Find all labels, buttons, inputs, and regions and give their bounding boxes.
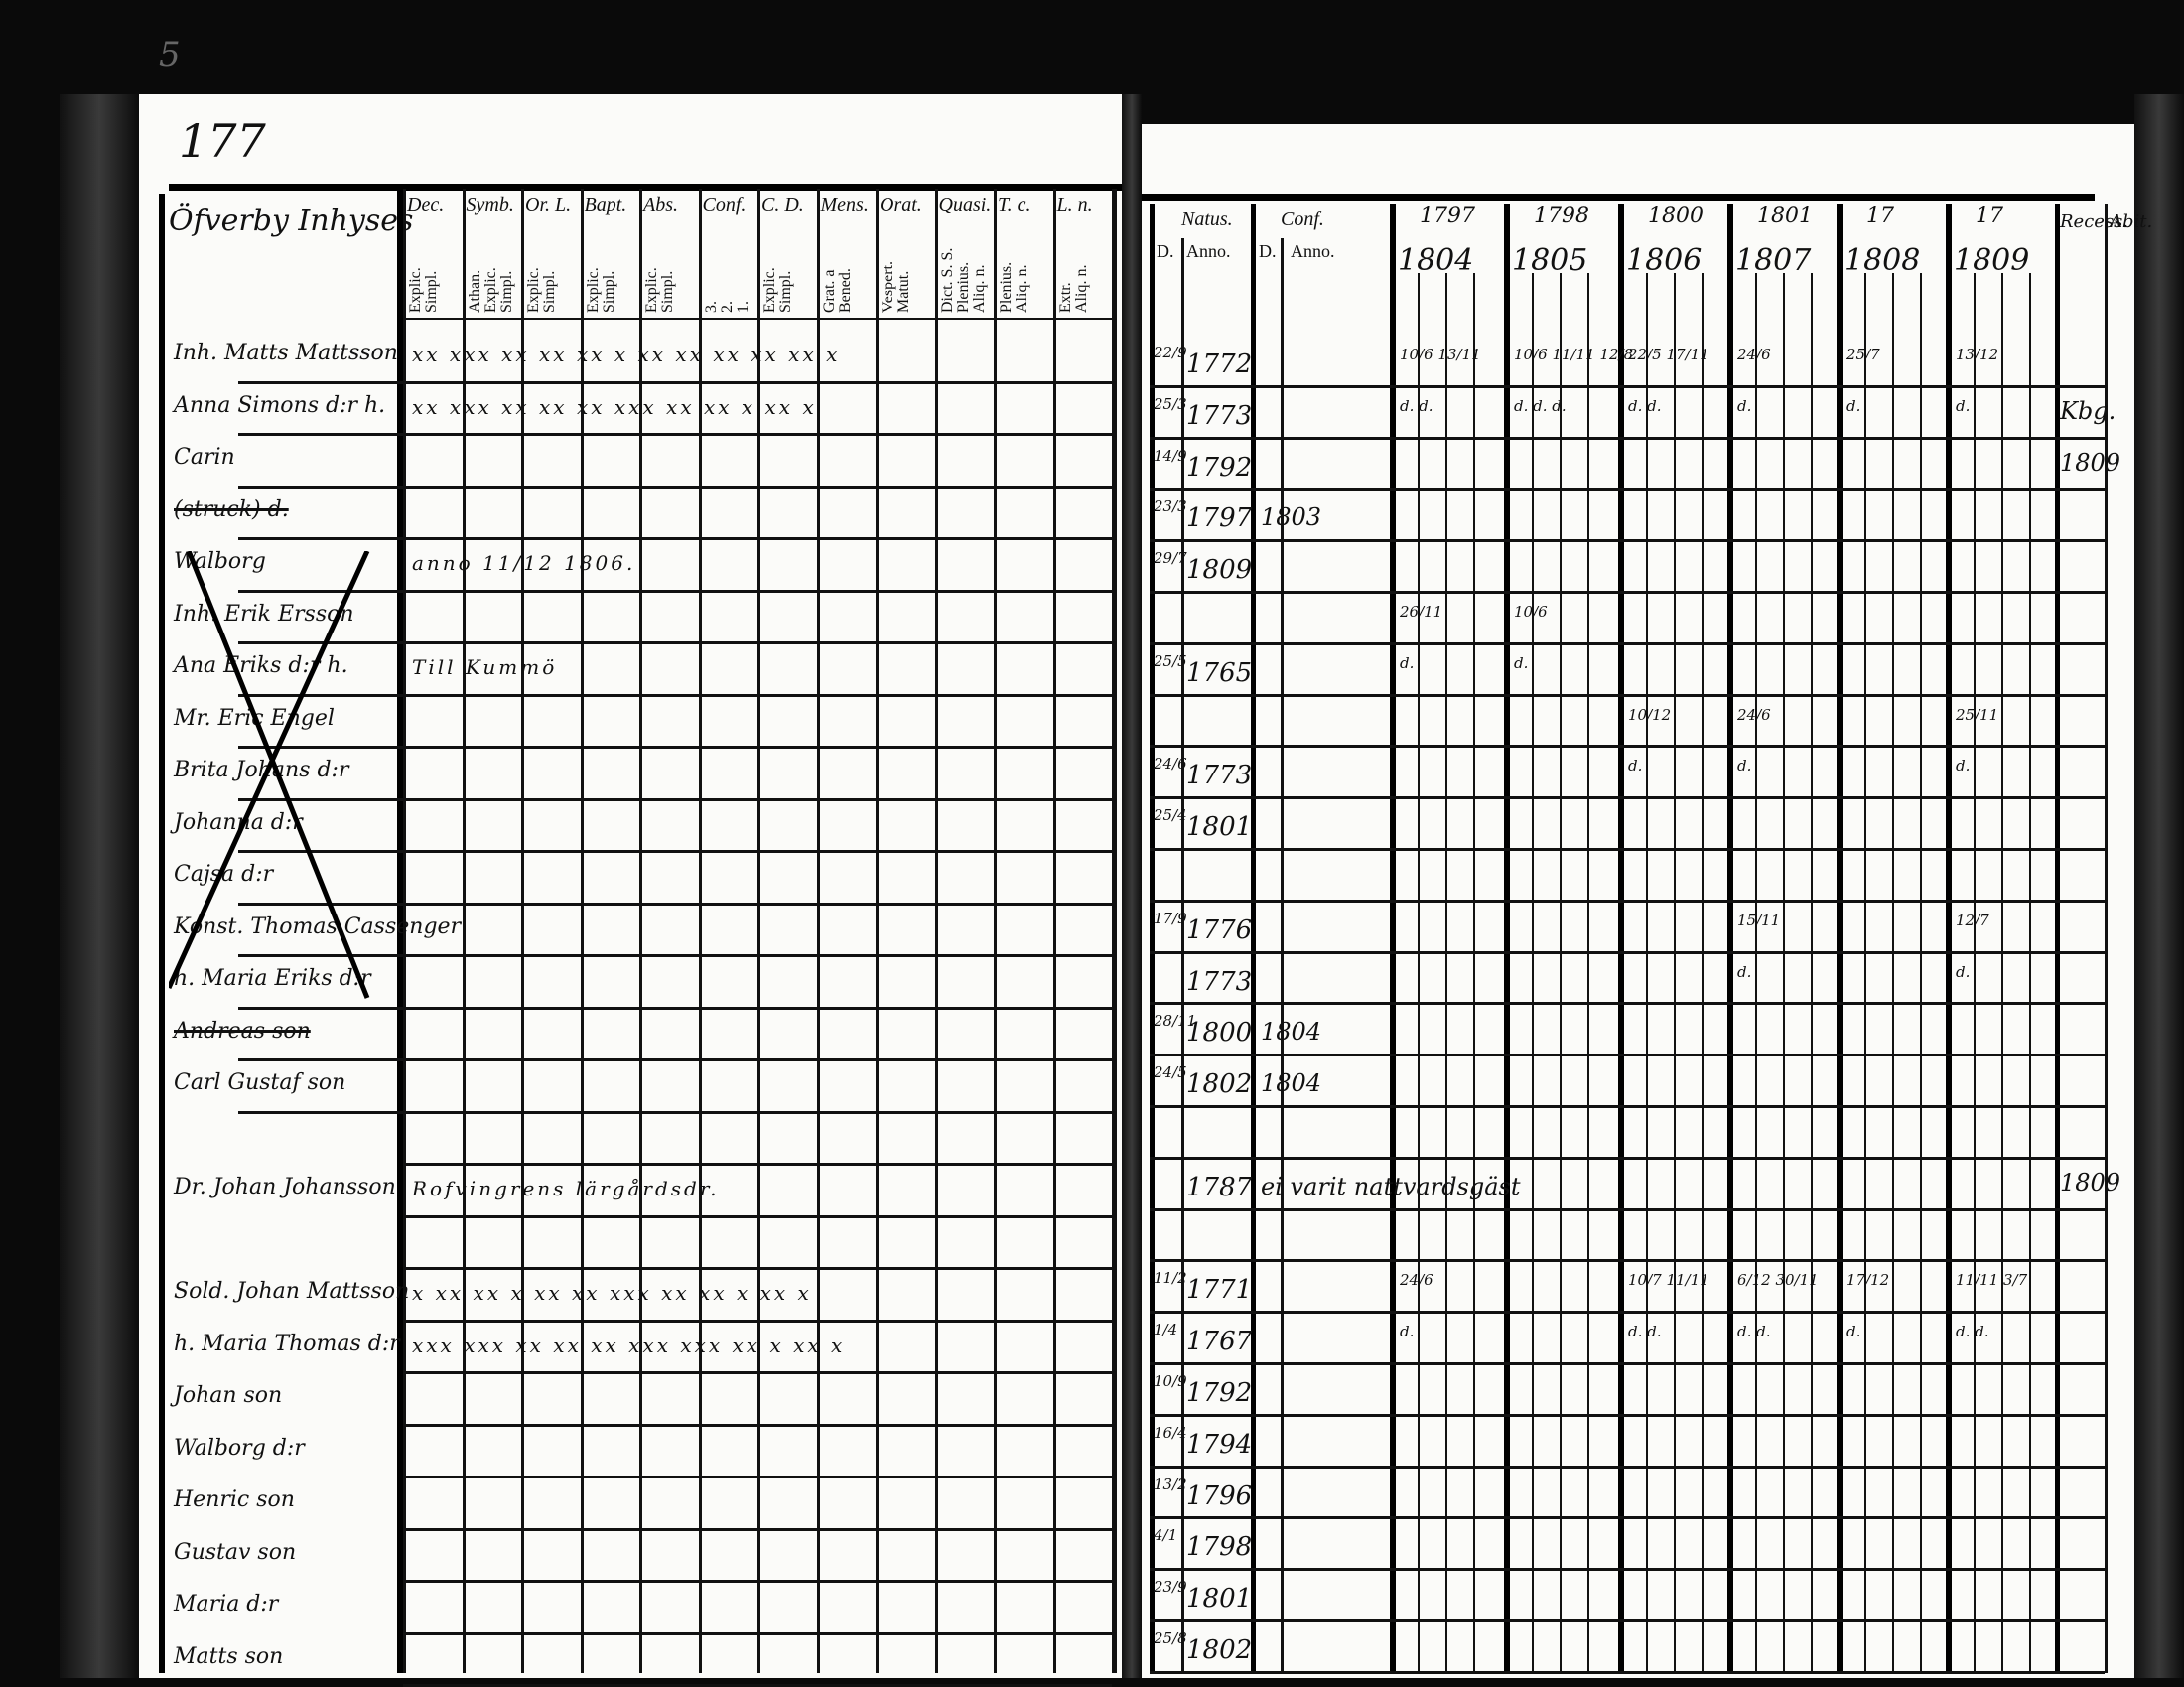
row-line xyxy=(238,433,1112,436)
corner-mark: 5 xyxy=(159,35,181,74)
header-top-rule xyxy=(169,184,1122,191)
column-group-header: Symb. xyxy=(467,194,514,216)
confirmation: 1804 xyxy=(1261,1018,1321,1046)
year-column-line xyxy=(1618,204,1624,1673)
person-name: (struck) d. xyxy=(174,497,289,522)
column-group-header: Quasi. xyxy=(939,194,992,216)
year-column-line xyxy=(1946,204,1952,1673)
birth-year: 1809 xyxy=(1186,555,1252,585)
exam-year-written: 1806 xyxy=(1626,243,1702,278)
year-subcolumn-line xyxy=(1811,273,1813,1673)
column-line xyxy=(935,189,938,1673)
birth-day: 4/1 xyxy=(1154,1526,1177,1544)
person-name: Gustav son xyxy=(174,1540,296,1565)
birth-year: 1792 xyxy=(1186,1378,1252,1408)
catechism-marks: Rofvingrens lärgårdsdr. xyxy=(412,1177,720,1200)
column-group-header: Or. L. xyxy=(525,194,571,216)
birth-day: 16/4 xyxy=(1154,1424,1187,1442)
person-name: Carl Gustaf son xyxy=(174,1070,345,1095)
birth-day: 1/4 xyxy=(1154,1321,1177,1338)
row-line xyxy=(1150,1105,2105,1108)
year-subcolumn-line xyxy=(1646,273,1648,1673)
column-sub-header: 1. xyxy=(737,228,751,313)
year-subcolumn-line xyxy=(1560,273,1562,1673)
column-sub-header: Plenius. xyxy=(957,228,971,313)
exam-record: 6/12 30/11 xyxy=(1737,1271,1819,1289)
year-subcolumn-line xyxy=(1864,273,1866,1673)
birth-year: 1802 xyxy=(1186,1069,1252,1099)
column-sub-header: Simpl. xyxy=(543,228,557,313)
year-subcolumn-line xyxy=(1418,273,1420,1673)
birth-year: 1801 xyxy=(1186,812,1252,842)
exam-record: d. d. xyxy=(1628,397,1662,415)
column-line xyxy=(817,189,820,1673)
row-line xyxy=(1150,437,2105,440)
column-sub-header: Dict. S. S. xyxy=(941,228,955,313)
exam-record: d. xyxy=(1737,397,1751,415)
column-sub-header: Simpl. xyxy=(425,228,439,313)
catechism-marks: xx xxx xx xx xx xxx xx xx x xx x xyxy=(412,395,817,419)
birth-day: 25/3 xyxy=(1154,395,1187,413)
row-line xyxy=(403,1632,1112,1635)
row-line xyxy=(403,1476,1112,1478)
birth-day: 29/7 xyxy=(1154,549,1187,567)
year-column-line xyxy=(1727,204,1733,1673)
exam-record: 10/6 11/11 12/8 xyxy=(1514,346,1633,363)
birth-year: 1765 xyxy=(1186,658,1252,688)
column-group-header: Conf. xyxy=(703,194,747,216)
catechism-marks: xx xxx xx xx xx x xx xx xx xx xx x xyxy=(412,343,840,366)
birth-year: 1767 xyxy=(1186,1327,1252,1356)
column-line xyxy=(1053,189,1056,1673)
column-sub-header: Aliq. n. xyxy=(973,228,987,313)
exam-year-written: 1805 xyxy=(1512,243,1587,278)
column-sub-header: Extr. xyxy=(1059,228,1073,313)
row-line xyxy=(238,486,1112,489)
row-line xyxy=(403,1163,1112,1166)
abit-header: Abit. xyxy=(2110,211,2152,232)
row-line xyxy=(1150,1414,2105,1417)
column-group-header: Mens. xyxy=(821,194,869,216)
conf-day-line xyxy=(1281,238,1284,1673)
exam-record: 22/5 17/11 xyxy=(1628,346,1709,363)
birth-day: 23/3 xyxy=(1154,497,1187,515)
birth-year: 1771 xyxy=(1186,1275,1252,1305)
birth-year: 1792 xyxy=(1186,453,1252,483)
exam-year-written: 1808 xyxy=(1844,243,1920,278)
row-line xyxy=(238,1111,1112,1114)
person-name: Walborg d:r xyxy=(174,1436,305,1461)
birth-day: 25/8 xyxy=(1154,1629,1187,1647)
exam-record: 11/11 3/7 xyxy=(1956,1271,2027,1289)
column-sub-header: Explic. xyxy=(763,228,777,313)
year-subcolumn-line xyxy=(1587,273,1589,1673)
exam-record: 24/6 xyxy=(1737,706,1771,724)
exam-record: 15/11 xyxy=(1737,912,1780,929)
catechism-marks: xxx xxx xx xx xx xxx xxx xx x xx x xyxy=(412,1334,845,1357)
exam-record: 25/11 xyxy=(1956,706,1998,724)
person-name: Sold. Johan Mattsson xyxy=(174,1279,409,1304)
column-sub-header: Explic. xyxy=(527,228,541,313)
exam-record: 17/12 xyxy=(1846,1271,1889,1289)
birth-day: 25/4 xyxy=(1154,806,1187,824)
birth-year: 1787 xyxy=(1186,1173,1252,1202)
row-line xyxy=(1150,1466,2105,1469)
column-group-header: Abs. xyxy=(643,194,678,216)
column-sub-header: Explic. xyxy=(409,228,423,313)
column-group-header: Orat. xyxy=(880,194,922,216)
header-top-rule xyxy=(1142,194,2095,201)
row-line xyxy=(1150,591,2105,594)
birth-year: 1773 xyxy=(1186,761,1252,790)
row-line xyxy=(403,1371,1112,1374)
exam-record: 10/12 xyxy=(1628,706,1671,724)
year-subcolumn-line xyxy=(1674,273,1676,1673)
birth-day: 23/9 xyxy=(1154,1578,1187,1596)
year-subcolumn-line xyxy=(2029,273,2031,1673)
exam-record: d. xyxy=(1956,397,1970,415)
birth-day: 25/5 xyxy=(1154,652,1187,670)
birth-year: 1796 xyxy=(1186,1481,1252,1511)
row-line xyxy=(1150,1208,2105,1211)
exam-record: 25/7 xyxy=(1846,346,1880,363)
birth-year: 1773 xyxy=(1186,967,1252,997)
row-line xyxy=(403,1528,1112,1531)
page-number: 177 xyxy=(179,114,266,168)
year-subcolumn-line xyxy=(1920,273,1922,1673)
row-line xyxy=(1150,1311,2105,1314)
exam-record: d. d. xyxy=(1956,1323,1989,1340)
column-sub-header: Athan. xyxy=(469,228,482,313)
person-name: Andreas son xyxy=(174,1019,311,1044)
natus-year-header: Anno. xyxy=(1186,241,1231,262)
exam-year-written: 1809 xyxy=(1954,243,2029,278)
exam-record: d. xyxy=(1628,757,1642,774)
column-sub-header: Simpl. xyxy=(603,228,616,313)
row-line xyxy=(1150,1054,2105,1056)
birth-day: 10/9 xyxy=(1154,1372,1187,1390)
left-page: 177 Öfverby Inhyses Dec.Explic.Simpl.Sym… xyxy=(139,94,1122,1678)
column-line xyxy=(1112,189,1117,1673)
row-line xyxy=(1150,694,2105,697)
remark: Kbg. xyxy=(2060,397,2116,425)
year-subcolumn-line xyxy=(1532,273,1534,1673)
exam-record: d. xyxy=(1956,963,1970,981)
exam-record: d. xyxy=(1846,1323,1860,1340)
exam-year-printed: 1801 xyxy=(1757,204,1813,228)
year-subcolumn-line xyxy=(1445,273,1447,1673)
column-sub-header: 3. xyxy=(705,228,719,313)
exam-record: 24/6 xyxy=(1737,346,1771,363)
column-group-header: C. D. xyxy=(761,194,804,216)
year-subcolumn-line xyxy=(1974,273,1976,1673)
birth-year: 1776 xyxy=(1186,915,1252,945)
birth-day: 17/9 xyxy=(1154,910,1187,927)
row-line xyxy=(1150,1259,2105,1262)
row-line xyxy=(403,1215,1112,1218)
exam-year-printed: 17 xyxy=(1976,204,2003,228)
conf-header: Conf. xyxy=(1281,209,1324,231)
person-name: Anna Simons d:r h. xyxy=(174,393,385,418)
row-line xyxy=(1150,900,2105,903)
row-line xyxy=(238,381,1112,384)
catechism-marks: anno 11/12 1806. xyxy=(412,551,635,575)
birth-year: 1800 xyxy=(1186,1018,1252,1048)
center-gutter xyxy=(1122,94,1142,1678)
birth-year: 1801 xyxy=(1186,1584,1252,1614)
exam-record: d. xyxy=(1956,757,1970,774)
row-line xyxy=(1150,1568,2105,1571)
column-sub-header: Explic. xyxy=(587,228,601,313)
column-sub-header: Simpl. xyxy=(500,228,514,313)
exam-record: d. d. d. xyxy=(1514,397,1567,415)
row-line xyxy=(1150,796,2105,799)
left-frame xyxy=(159,194,165,1673)
column-sub-header: Aliq. n. xyxy=(1075,228,1089,313)
exam-record: 12/7 xyxy=(1956,912,1989,929)
row-line xyxy=(1150,1002,2105,1005)
row-line xyxy=(403,1267,1112,1270)
catechism-marks: Till Kummö xyxy=(412,655,557,679)
row-line xyxy=(403,1424,1112,1427)
row-line xyxy=(403,1580,1112,1583)
birth-year: 1797 xyxy=(1186,503,1252,533)
column-sub-header: Grat. a xyxy=(823,228,837,313)
person-name: Dr. Johan Johansson xyxy=(174,1175,396,1199)
remark: 1809 xyxy=(2060,1169,2120,1196)
conf-day-header: D. xyxy=(1259,241,1277,262)
row-line xyxy=(1150,642,2105,645)
row-line xyxy=(238,1058,1112,1061)
row-line xyxy=(1150,1516,2105,1519)
year-column-line xyxy=(1390,204,1396,1673)
exam-record: 10/6 13/11 xyxy=(1400,346,1481,363)
column-group-header: Bapt. xyxy=(585,194,627,216)
birth-year: 1798 xyxy=(1186,1532,1252,1562)
exam-record: 10/7 11/11 xyxy=(1628,1271,1709,1289)
exam-record: d. d. xyxy=(1628,1323,1662,1340)
column-group-header: Dec. xyxy=(407,194,444,216)
row-line xyxy=(1150,1619,2105,1622)
exam-year-printed: 1800 xyxy=(1648,204,1704,228)
catechism-marks: x xx xx x xx xx xxx xx xx x xx x xyxy=(412,1281,812,1305)
birth-day: 14/9 xyxy=(1154,447,1187,465)
person-name: Matts son xyxy=(174,1644,283,1669)
year-column-line xyxy=(1837,204,1843,1673)
year-subcolumn-line xyxy=(1783,273,1785,1673)
birth-day: 13/2 xyxy=(1154,1476,1187,1493)
column-sub-header: Vespert. xyxy=(882,228,895,313)
confirmation: ei varit nattvardsgäst xyxy=(1261,1173,1521,1200)
row-line xyxy=(238,537,1112,540)
birth-year: 1772 xyxy=(1186,350,1252,379)
row-line xyxy=(1150,1671,2105,1674)
person-name: Johan son xyxy=(174,1383,282,1408)
exam-record: d. xyxy=(1737,757,1751,774)
section-heading: Öfverby Inhyses xyxy=(169,204,413,238)
exam-record: d. d. xyxy=(1400,397,1433,415)
left-binding-edge xyxy=(60,94,139,1678)
row-line xyxy=(1150,488,2105,491)
exam-record: d. xyxy=(1737,963,1751,981)
birth-day: 11/2 xyxy=(1154,1269,1187,1287)
exam-year-written: 1807 xyxy=(1735,243,1811,278)
column-sub-header: Explic. xyxy=(645,228,659,313)
right-binding-edge xyxy=(2134,94,2184,1678)
birth-day: 22/9 xyxy=(1154,344,1187,361)
exam-record: d. xyxy=(1400,654,1414,672)
exam-year-printed: 1798 xyxy=(1534,204,1589,228)
year-subcolumn-line xyxy=(1892,273,1894,1673)
natus-day-header: D. xyxy=(1157,241,1174,262)
confirmation: 1803 xyxy=(1261,503,1321,531)
column-line xyxy=(994,189,997,1673)
person-name: Carin xyxy=(174,445,235,470)
natus-header: Natus. xyxy=(1181,209,1233,231)
column-sub-header: Plenius. xyxy=(1000,228,1014,313)
row-line xyxy=(1150,1157,2105,1160)
exam-record: 10/6 xyxy=(1514,603,1548,621)
column-sub-header: Bened. xyxy=(839,228,853,313)
remark: 1809 xyxy=(2060,449,2120,477)
column-sub-header: Simpl. xyxy=(661,228,675,313)
right-page: Natus.D.Anno.Conf.D.Anno.179718041798180… xyxy=(1142,124,2134,1678)
row-line xyxy=(1150,951,2105,954)
exam-record: d. d. xyxy=(1737,1323,1771,1340)
column-sub-header: Simpl. xyxy=(779,228,793,313)
column-group-header: L. n. xyxy=(1057,194,1093,216)
row-line xyxy=(1150,385,2105,388)
natus-left-line xyxy=(1150,204,1155,1673)
birth-year: 1794 xyxy=(1186,1430,1252,1460)
year-subcolumn-line xyxy=(1473,273,1475,1673)
crossed-out-block-mark xyxy=(169,551,397,1008)
exam-record: d. xyxy=(1400,1323,1414,1340)
person-name: Henric son xyxy=(174,1487,295,1512)
column-sub-header: Explic. xyxy=(484,228,498,313)
birth-day: 24/6 xyxy=(1154,755,1187,773)
year-subcolumn-line xyxy=(1702,273,1704,1673)
column-sub-header: Aliq. n. xyxy=(1016,228,1029,313)
column-group-header: T. c. xyxy=(998,194,1031,216)
exam-record: 26/11 xyxy=(1400,603,1442,621)
confirmation: 1804 xyxy=(1261,1069,1321,1097)
column-sub-header: 2. xyxy=(721,228,735,313)
row-line xyxy=(1150,848,2105,851)
exam-year-printed: 1797 xyxy=(1420,204,1475,228)
exam-record: 24/6 xyxy=(1400,1271,1433,1289)
birth-year: 1802 xyxy=(1186,1635,1252,1665)
person-name: Maria d:r xyxy=(174,1592,278,1617)
year-subcolumn-line xyxy=(2001,273,2003,1673)
conf-year-header: Anno. xyxy=(1291,241,1335,262)
exam-year-written: 1804 xyxy=(1398,243,1473,278)
person-name: h. Maria Thomas d:r xyxy=(174,1332,400,1356)
header-bottom-rule xyxy=(403,318,1112,320)
birth-day: 24/5 xyxy=(1154,1063,1187,1081)
row-line xyxy=(1150,1362,2105,1365)
year-column-line xyxy=(1504,204,1510,1673)
row-line xyxy=(1150,539,2105,542)
exam-record: d. xyxy=(1846,397,1860,415)
column-sub-header: Matut. xyxy=(897,228,911,313)
row-line xyxy=(403,1320,1112,1323)
row-line xyxy=(1150,745,2105,748)
column-line xyxy=(876,189,879,1673)
exam-year-printed: 17 xyxy=(1866,204,1894,228)
exam-record: 13/12 xyxy=(1956,346,1998,363)
year-subcolumn-line xyxy=(1755,273,1757,1673)
person-name: Inh. Matts Mattsson xyxy=(174,341,398,365)
exam-record: d. xyxy=(1514,654,1528,672)
birth-year: 1773 xyxy=(1186,401,1252,431)
